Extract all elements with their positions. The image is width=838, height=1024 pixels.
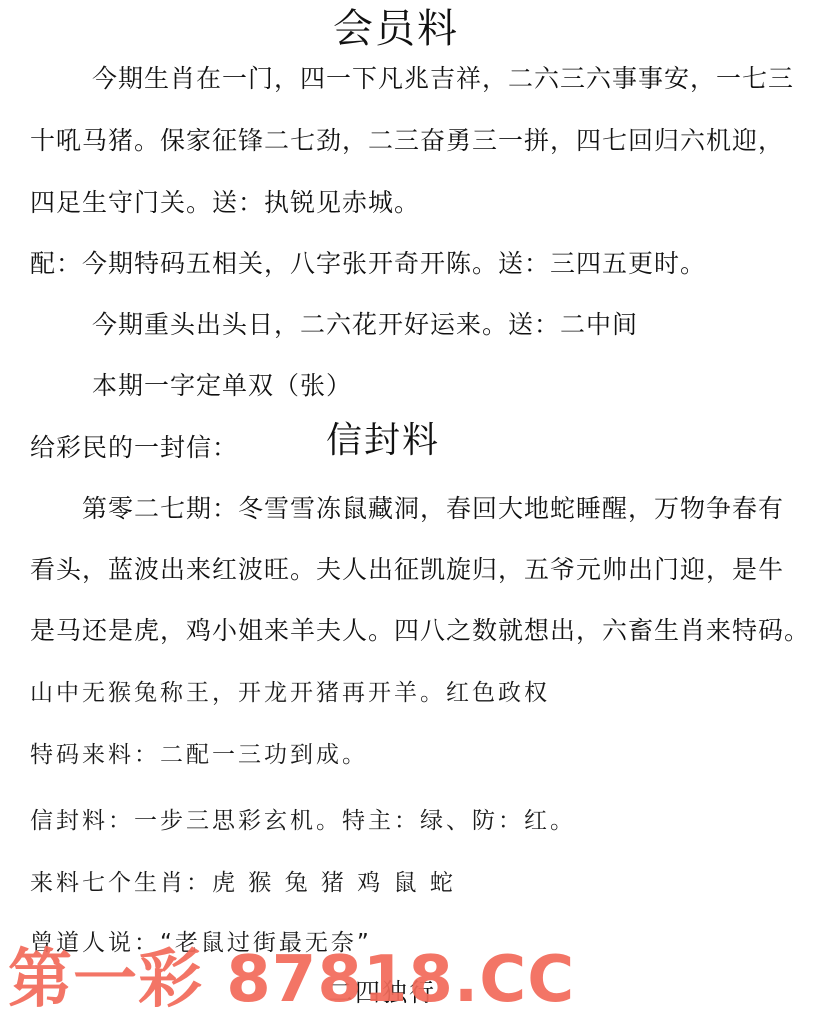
letter-paragraph-line-3: 是马还是虎，鸡小姐来羊夫人。四八之数就想出，六畜生肖来特码。 [30,616,810,646]
member-paragraph-line-3: 四足生守门关。送：执锐见赤城。 [30,188,420,218]
pairing-line: 配：今期特码五相关，八字张开奇开陈。送：三四五更时。 [30,249,706,279]
envelope-line: 信封料：一步三思彩玄机。特主：绿、防：红。 [30,806,576,836]
letter-label: 给彩民的一封信： [30,433,238,463]
member-paragraph-line-2: 十吼马猪。保家征锋二七劲，二三奋勇三一拼，四七回归六机迎， [30,126,784,156]
letter-paragraph-line-2: 看头，蓝波出来红波旺。夫人出征凯旋归，五爷元帅出门迎，是牛 [30,555,784,585]
site-watermark: 第一彩 87818.CC [8,940,575,1020]
letter-paragraph-line-4: 山中无猴兔称王，开龙开猪再开羊。红色政权 [30,678,550,708]
single-double-line: 本期一字定单双（张） [92,371,352,401]
special-code-line: 特码来料：二配一三功到成。 [30,740,368,770]
member-title: 会员料 [333,6,459,52]
member-paragraph-line-1: 今期生肖在一门，四一下凡兆吉祥，二六三六事事安，一七三 [92,64,794,94]
head-line: 今期重头出头日，二六花开好运来。送：二中间 [92,310,638,340]
letter-paragraph-line-1: 第零二七期：冬雪雪冻鼠藏洞，春回大地蛇睡醒，万物争春有 [82,494,784,524]
letter-title: 信封料 [326,418,440,464]
seven-zodiac-line: 来料七个生肖：虎 猴 兔 猪 鸡 鼠 蛇 [30,868,456,898]
document-page: 会员料 今期生肖在一门，四一下凡兆吉祥，二六三六事事安，一七三 十吼马猪。保家征… [0,0,838,1024]
